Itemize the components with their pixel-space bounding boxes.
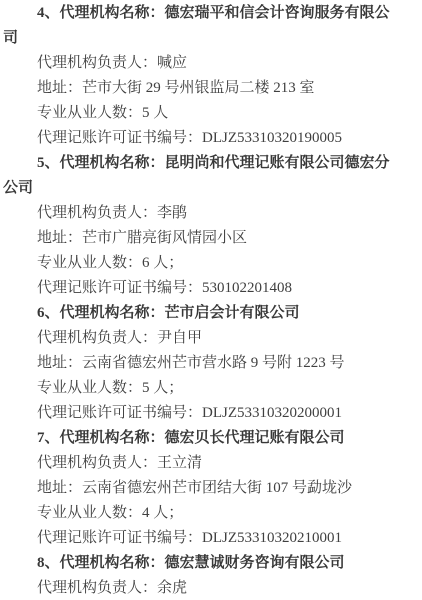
agency-address-line: 地址：芒市广腊亮街风情园小区	[3, 226, 418, 251]
agency-heading: 6、代理机构名称：芒市启会计有限公司	[3, 301, 418, 326]
agency-section: 6、代理机构名称：芒市启会计有限公司 代理机构负责人：尹自甲 地址：云南省德宏州…	[3, 301, 418, 426]
agency-manager-line: 代理机构负责人：李鹃	[3, 201, 418, 226]
agency-staff-line: 专业从业人数：5 人	[3, 101, 418, 126]
agency-manager-line: 代理机构负责人：王立清	[3, 451, 418, 476]
agency-address-line: 地址：云南省德宏州芒市团结大街 107 号勐垅沙	[3, 476, 418, 501]
agency-heading-wrap: 司	[3, 26, 418, 51]
agency-section: 4、代理机构名称：德宏瑞平和信会计咨询服务有限公 司 代理机构负责人：喊应 地址…	[3, 1, 418, 151]
agency-staff-line: 专业从业人数：6 人；	[3, 251, 418, 276]
agency-license-line: 代理记账许可证书编号：DLJZ53310320200001	[3, 401, 418, 426]
agency-manager-line: 代理机构负责人：尹自甲	[3, 326, 418, 351]
agency-heading-wrap: 公司	[3, 176, 418, 201]
agency-heading: 4、代理机构名称：德宏瑞平和信会计咨询服务有限公	[3, 1, 418, 26]
agency-license-line: 代理记账许可证书编号：DLJZ53310320210001	[3, 526, 418, 551]
agency-heading: 7、代理机构名称：德宏贝长代理记账有限公司	[3, 426, 418, 451]
agency-manager-line: 代理机构负责人：余虎	[3, 576, 418, 600]
document-page: 4、代理机构名称：德宏瑞平和信会计咨询服务有限公 司 代理机构负责人：喊应 地址…	[0, 0, 422, 600]
agency-address-line: 地址：云南省德宏州芒市营水路 9 号附 1223 号	[3, 351, 418, 376]
agency-license-line: 代理记账许可证书编号：530102201408	[3, 276, 418, 301]
agency-manager-line: 代理机构负责人：喊应	[3, 51, 418, 76]
agency-license-line: 代理记账许可证书编号：DLJZ53310320190005	[3, 126, 418, 151]
agency-section: 5、代理机构名称：昆明尚和代理记账有限公司德宏分 公司 代理机构负责人：李鹃 地…	[3, 151, 418, 301]
agency-address-line: 地址：芒市大街 29 号州银监局二楼 213 室	[3, 76, 418, 101]
agency-section: 8、代理机构名称：德宏慧诚财务咨询有限公司 代理机构负责人：余虎	[3, 551, 418, 600]
agency-heading: 5、代理机构名称：昆明尚和代理记账有限公司德宏分	[3, 151, 418, 176]
agency-staff-line: 专业从业人数：4 人；	[3, 501, 418, 526]
agency-section: 7、代理机构名称：德宏贝长代理记账有限公司 代理机构负责人：王立清 地址：云南省…	[3, 426, 418, 551]
agency-heading: 8、代理机构名称：德宏慧诚财务咨询有限公司	[3, 551, 418, 576]
agency-staff-line: 专业从业人数：5 人；	[3, 376, 418, 401]
